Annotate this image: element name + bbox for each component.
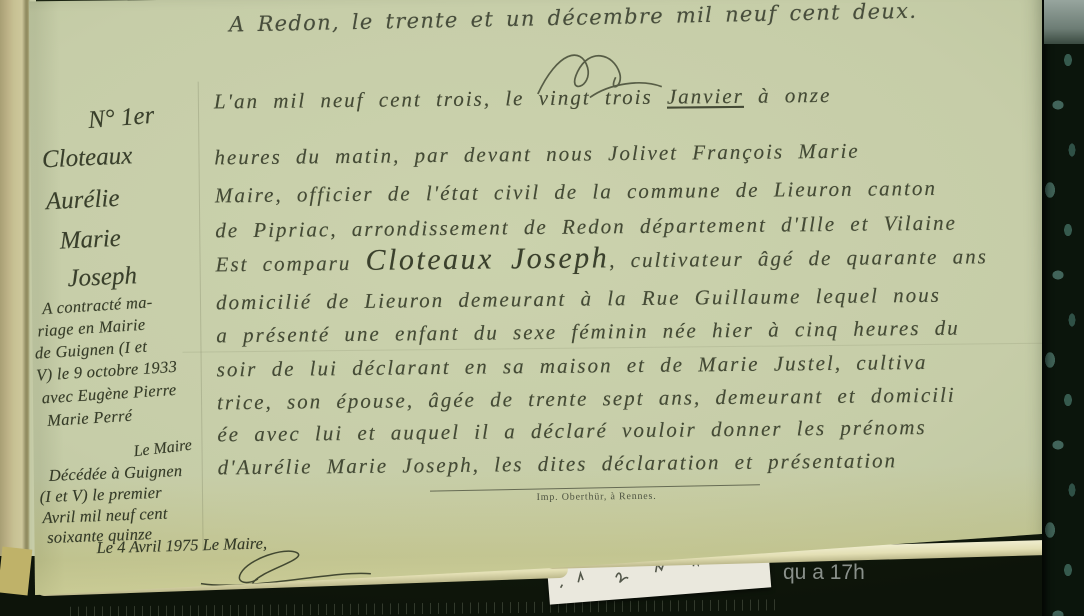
- act-line-5: Est comparu Cloteaux Joseph, cultivateur…: [215, 237, 988, 279]
- act-line-6: domicilié de Lieuron demeurant à la Rue …: [216, 283, 941, 316]
- marriage-mention-line: Marie Perré: [47, 406, 133, 431]
- act-line-1: L'an mil neuf cent trois, le vingt trois…: [214, 83, 832, 114]
- act-line-3: Maire, officier de l'état civil de la co…: [215, 176, 937, 209]
- book-cover-edge: [1042, 0, 1084, 616]
- printer-imprint: Imp. Oberthür, à Rennes.: [489, 490, 704, 503]
- act-line-2: heures du matin, par devant nous Jolivet…: [214, 139, 859, 171]
- act-line-11: d'Aurélie Marie Joseph, les dites déclar…: [218, 448, 898, 480]
- act-line-1-pre: L'an mil neuf cent trois, le vingt trois: [214, 85, 667, 114]
- act-line-9: trice, son épouse, âgée de trente sept a…: [217, 383, 956, 416]
- act-line-1-month: Janvier: [667, 84, 744, 109]
- marriage-mention-line: avec Eugène Pierre: [41, 380, 177, 408]
- margin-name-line: Joseph: [67, 262, 138, 293]
- margin-name-line: Marie: [59, 225, 121, 256]
- photo-frame: qu a 17h A Redon, le trente et un décemb…: [0, 0, 1084, 616]
- printed-header: A Redon, le trente et un décembre mil ne…: [229, 0, 918, 37]
- act-line-8: soir de lui déclarant en sa maison et de…: [217, 350, 928, 382]
- act-line-5-pre: Est comparu: [215, 251, 365, 277]
- margin-act-number: N° 1er: [87, 102, 155, 135]
- act-line-1-post: à onze: [744, 83, 832, 108]
- timestamp-overlay-text: qu a 17h: [783, 561, 865, 585]
- margin-name-line: Cloteaux: [41, 142, 132, 174]
- act-line-5-post: , cultivateur âgé de quarante ans: [609, 244, 988, 272]
- death-mention-line: Décédée à Guignen: [49, 461, 183, 486]
- act-line-10: ée avec lui et auquel il a déclaré voulo…: [217, 415, 927, 447]
- comparant-name: Cloteaux Joseph: [365, 241, 609, 277]
- margin-name-line: Aurélie: [45, 185, 120, 216]
- act-line-7: a présenté une enfant du sexe féminin né…: [216, 316, 960, 349]
- register-page: A Redon, le trente et un décembre mil ne…: [29, 0, 1053, 609]
- spine-gold-corner: [0, 547, 32, 596]
- book-cover-corner: [1044, 0, 1084, 44]
